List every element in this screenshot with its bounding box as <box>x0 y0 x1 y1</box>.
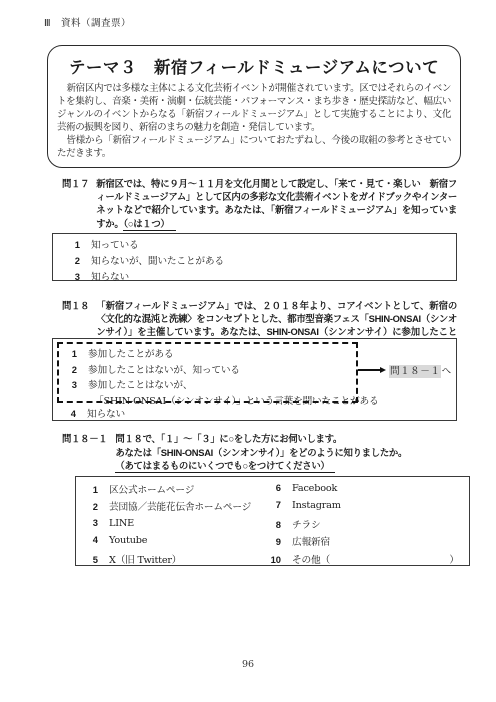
option-row: 1 参加したことがある <box>67 346 356 362</box>
option-row: 5 X（旧 Twitter） <box>88 552 258 569</box>
option-row: 3 参加したことはないが、 <box>67 377 356 393</box>
page-number: 96 <box>0 659 496 670</box>
option-number: 2 <box>88 501 98 512</box>
question-18-1-text: 問１８で、「１」～「３」に○をした方にお伺いします。 あなたは「SHIN-ONS… <box>115 432 464 473</box>
section-header: Ⅲ 資料（調査票） <box>44 15 131 29</box>
option-label: 参加したことはないが、 <box>88 377 192 391</box>
option-label: その他（ <box>292 552 330 566</box>
option-row: 2 参加したことはないが、知っている <box>67 362 356 378</box>
option-label: チラシ <box>292 517 320 531</box>
arrow-right-icon <box>380 367 386 373</box>
option-number: 2 <box>70 255 80 266</box>
option-number: 3 <box>67 379 77 390</box>
option-label-continued: 「SHIN-ONSAI（シンオンサイ）」という言葉を聞いたことがある <box>67 393 356 407</box>
option-number: 4 <box>88 534 98 545</box>
option-label: 広報新宿 <box>292 534 330 548</box>
option-row: 2 芸団協／芸能花伝舎ホームページ <box>88 499 258 516</box>
question-18-1-options-box: 1 区公式ホームページ 2 芸団協／芸能花伝舎ホームページ 3 LINE 4 Y… <box>75 476 470 566</box>
option-label: 参加したことがある <box>88 346 173 360</box>
option-label: 参加したことはないが、知っている <box>88 362 240 376</box>
question-17-label: 問１７ <box>62 177 89 230</box>
option-label: 知らない <box>91 269 129 283</box>
option-label: 区公式ホームページ <box>109 482 194 496</box>
option-row-other: 10 その他（ ） <box>265 552 459 569</box>
arrow-line <box>358 369 380 370</box>
option-label: LINE <box>109 518 134 529</box>
option-number: 4 <box>66 408 76 419</box>
question-17-options-box: 1 知っている 2 知らないが、聞いたことがある 3 知らない <box>52 233 457 281</box>
goto-target: 問１８－１ <box>389 365 441 378</box>
option-row: 3 LINE <box>88 517 258 534</box>
option-row: 1 知っている <box>70 237 456 253</box>
option-label: Facebook <box>292 483 337 494</box>
question-17-text: 新宿区では、特に９月～１１月を文化月間として設定し、「来て・見て・楽しい 新宿フ… <box>96 177 457 230</box>
question-17: 問１７ 新宿区では、特に９月～１１月を文化月間として設定し、「来て・見て・楽しい… <box>62 177 457 230</box>
survey-page: Ⅲ 資料（調査票） テーマ３ 新宿フィールドミュージアムについて 新宿区内では多… <box>0 0 496 702</box>
theme-intro-paragraph-1: 新宿区内では多様な主体による文化芸術イベントが開催されています。区ではそれらのイ… <box>57 83 451 135</box>
option-number: 8 <box>265 519 281 530</box>
option-row: 2 知らないが、聞いたことがある <box>70 253 456 269</box>
option-label: 知らないが、聞いたことがある <box>91 253 224 267</box>
theme-title: テーマ３ 新宿フィールドミュージアムについて <box>48 54 460 78</box>
option-label: 知らない <box>87 406 125 420</box>
option-number: 3 <box>88 517 98 528</box>
question-18-1-instruction: （あてはまるものにいくつでも○をつけてください） <box>115 460 335 473</box>
option-number: 6 <box>265 482 281 493</box>
question-18-1-line1: 問１８で、「１」～「３」に○をした方にお伺いします。 <box>115 432 464 446</box>
option-label: Youtube <box>109 535 147 546</box>
theme-box: テーマ３ 新宿フィールドミュージアムについて 新宿区内では多様な主体による文化芸… <box>47 45 461 168</box>
goto-suffix: へ <box>441 366 451 377</box>
option-number: 7 <box>265 499 281 510</box>
options-column-right: 6 Facebook 7 Instagram 8 チラシ 9 広報新宿 10 そ… <box>265 482 459 569</box>
skip-instruction: 問１８－１へ <box>358 363 452 377</box>
option-row: 6 Facebook <box>265 482 459 499</box>
option-row: 3 知らない <box>70 269 456 285</box>
option-label: Instagram <box>292 500 341 511</box>
question-18-options-box: 1 参加したことがある 2 参加したことはないが、知っている 3 参加したことは… <box>52 338 457 421</box>
option-number: 3 <box>70 271 80 282</box>
option-row: 7 Instagram <box>265 499 459 516</box>
option-number: 1 <box>70 239 80 250</box>
other-blank-close-paren: ） <box>449 552 459 566</box>
option-row: 9 広報新宿 <box>265 534 459 551</box>
option-label: 知っている <box>91 237 138 251</box>
option-number: 1 <box>67 348 77 359</box>
option-number: 1 <box>88 484 98 495</box>
option-row: 4 Youtube <box>88 534 258 551</box>
option-label: X（旧 Twitter） <box>109 552 181 566</box>
question-18-1: 問１８－１ 問１８で、「１」～「３」に○をした方にお伺いします。 あなたは「SH… <box>62 432 464 473</box>
question-18-1-label: 問１８－１ <box>62 432 107 473</box>
option-row: 1 区公式ホームページ <box>88 482 258 499</box>
question-17-instruction: （○は１つ） <box>123 218 175 231</box>
option-label: 芸団協／芸能花伝舎ホームページ <box>109 499 251 513</box>
goto-text: 問１８－１へ <box>389 363 452 377</box>
option-row: 8 チラシ <box>265 517 459 534</box>
theme-intro: 新宿区内では多様な主体による文化芸術イベントが開催されています。区ではそれらのイ… <box>57 83 451 160</box>
options-column-left: 1 区公式ホームページ 2 芸団協／芸能花伝舎ホームページ 3 LINE 4 Y… <box>88 482 258 569</box>
option-number: 2 <box>67 364 77 375</box>
option-number: 9 <box>265 536 281 547</box>
option-row: 4 知らない <box>66 406 125 420</box>
question-18-skip-group-box: 1 参加したことがある 2 参加したことはないが、知っている 3 参加したことは… <box>57 342 358 403</box>
option-number: 10 <box>265 554 281 565</box>
question-18-1-line2: あなたは「SHIN-ONSAI（シンオンサイ）」をどのように知りましたか。 <box>115 446 464 460</box>
theme-intro-paragraph-2: 皆様から「新宿フィールドミュージアム」についておたずねし、今後の取組の参考とさせ… <box>57 135 451 161</box>
option-number: 5 <box>88 554 98 565</box>
